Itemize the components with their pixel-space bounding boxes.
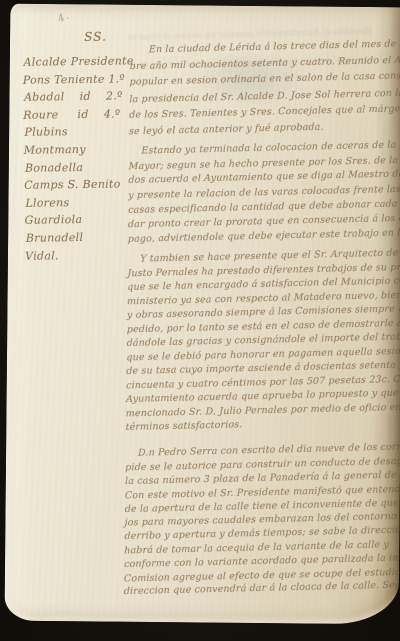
attendee-name: Montmany — [24, 140, 140, 159]
attendee-name: Pons Teniente 1.º — [23, 70, 139, 89]
pencil-mark: 4. — [57, 11, 72, 25]
attendee-name: Llorens — [25, 193, 141, 212]
attendee-list: Alcalde Presidente Pons Teniente 1.º Aba… — [22, 52, 141, 265]
attendee-name: Guardiola — [25, 211, 141, 230]
attendee-name: Roure id 4.º — [23, 105, 139, 124]
attendee-name: Brunadell — [26, 228, 142, 247]
manuscript-body: En la ciudad de Lérida á los trece dias … — [124, 36, 400, 600]
attendance-margin: SS. Alcalde Presidente Pons Teniente 1.º… — [22, 28, 141, 265]
scanned-manuscript-page: 4. Reunido el Ayuntamiento popular en se… — [0, 0, 400, 641]
paragraph-aceras-calle-mayor: Estando ya terminada la colocacion de ac… — [128, 138, 400, 247]
paragraph-session-opening: En la ciudad de Lérida á los trece dias … — [129, 36, 400, 140]
manuscript-paper: 4. Reunido el Ayuntamiento popular en se… — [4, 4, 400, 625]
paragraph-pedro-serra-solicitud: D.n Pedro Serra con escrito del dia nuev… — [124, 440, 400, 599]
attendee-name: Camps S. Benito — [24, 175, 140, 194]
attendee-name: Alcalde Presidente — [23, 52, 139, 71]
attendee-name: Bonadella — [25, 158, 141, 177]
attendee-name: Plubins — [24, 123, 140, 142]
attendee-name: Vidal. — [25, 246, 141, 265]
paragraph-arquitecto-provincia: Y tambien se hace presente que el Sr. Ar… — [126, 246, 400, 435]
attendee-name: Abadal id 2.º — [24, 87, 140, 106]
